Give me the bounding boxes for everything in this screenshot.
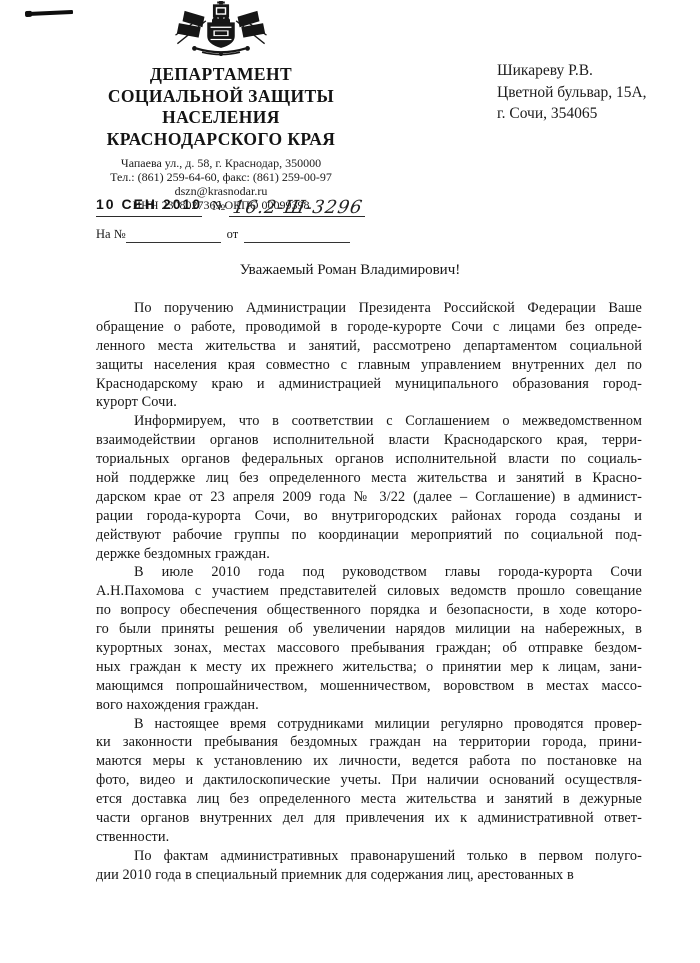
salutation: Уважаемый Роман Владимирович! <box>96 261 642 280</box>
body-line: ториальных органов федеральных органов и… <box>96 451 642 470</box>
body-line: ственности. <box>96 829 642 848</box>
reply-to-label: На № <box>96 227 126 243</box>
organization-name-line: ДЕПАРТАМЕНТ <box>98 64 344 86</box>
recipient-address: Шикареву Р.В.Цветной бульвар, 15А,г. Соч… <box>497 60 647 125</box>
number-sign: № <box>212 199 225 215</box>
body-line: В июле 2010 года под руководством главы … <box>96 564 642 583</box>
body-line: ных граждан к месту их прежнего жительст… <box>96 659 642 678</box>
body-line: вого нахождения граждан. <box>96 697 642 716</box>
reply-number-blank <box>126 228 221 243</box>
letterhead: ДЕПАРТАМЕНТСОЦИАЛЬНОЙ ЗАЩИТЫНАСЕЛЕНИЯКРА… <box>98 1 344 212</box>
incoming-reference-row: На № от <box>96 221 386 243</box>
body-line: По поручению Администрации Президента Ро… <box>96 300 642 319</box>
body-line: части органов внутренних дел для привлеч… <box>96 810 642 829</box>
organization-name: ДЕПАРТАМЕНТСОЦИАЛЬНОЙ ЗАЩИТЫНАСЕЛЕНИЯКРА… <box>98 64 344 150</box>
body-line: ленного места жительства и занятий, расс… <box>96 338 642 357</box>
outgoing-reference-row: 10 СЕН 2010 № 16.2-Ш-3296 <box>96 190 386 217</box>
scanned-letter-page: ДЕПАРТАМЕНТСОЦИАЛЬНОЙ ЗАЩИТЫНАСЕЛЕНИЯКРА… <box>0 0 700 963</box>
body-line: ется доставка лиц без определенного мест… <box>96 791 642 810</box>
body-line: по вопросу обеспечения общественного пор… <box>96 602 642 621</box>
body-line: Информируем, что в соответствии с Соглаш… <box>96 413 642 432</box>
organization-contact-line: Тел.: (861) 259-64-60, факс: (861) 259-0… <box>98 170 344 184</box>
reply-from-label: от <box>227 227 239 243</box>
organization-name-line: СОЦИАЛЬНОЙ ЗАЩИТЫ <box>98 86 344 108</box>
body-line: фото, видео и дактилоскопические учеты. … <box>96 772 642 791</box>
body-line: дии 2010 года в специальный приемник для… <box>96 867 642 886</box>
body-line: курортных зонах, местах массового пребыв… <box>96 640 642 659</box>
body-line: обращение о работе, проводимой в городе-… <box>96 319 642 338</box>
recipient-address-line: г. Сочи, 354065 <box>497 103 647 125</box>
body-line: ной поддержке лиц без определенного мест… <box>96 470 642 489</box>
reply-date-blank <box>244 228 350 243</box>
body-line: А.Н.Пахомова с участием представителей с… <box>96 583 642 602</box>
outgoing-number-handwritten: 16.2-Ш-3296 <box>231 197 364 218</box>
body-line: В настоящее время сотрудниками милиции р… <box>96 716 642 735</box>
body-line: го были приняты решения об увеличении на… <box>96 621 642 640</box>
body-line: держке бездомных граждан. <box>96 546 642 565</box>
reference-block: 10 СЕН 2010 № 16.2-Ш-3296 На № от <box>96 190 386 243</box>
date-stamp: 10 СЕН 2010 <box>96 196 202 212</box>
body-line: защиты населения края совместно с главны… <box>96 357 642 376</box>
organization-name-line: КРАСНОДАРСКОГО КРАЯ <box>98 129 344 151</box>
recipient-address-line: Цветной бульвар, 15А, <box>497 82 647 104</box>
krasnodar-krai-coat-of-arms-icon <box>173 1 269 56</box>
body-line: Краснодарскому краю и администрацией мун… <box>96 376 642 395</box>
body-line: действуют рабочие группы по координации … <box>96 527 642 546</box>
outgoing-number-field: 16.2-Ш-3296 <box>229 195 365 217</box>
body-line: По фактам административных правонарушени… <box>96 848 642 867</box>
body-line: мающимся попрошайничеством, мошенничеств… <box>96 678 642 697</box>
letter-body: Уважаемый Роман Владимирович! По поручен… <box>96 261 642 886</box>
letter-paragraphs: По поручению Администрации Президента Ро… <box>96 300 642 886</box>
body-line: рации города-курорта Сочи, во внутригоро… <box>96 508 642 527</box>
organization-name-line: НАСЕЛЕНИЯ <box>98 107 344 129</box>
date-stamp-field: 10 СЕН 2010 <box>96 196 202 217</box>
recipient-address-line: Шикареву Р.В. <box>497 60 647 82</box>
body-line: маются меры к установлению их личности, … <box>96 753 642 772</box>
body-line: ки законности пребывания бездомных гражд… <box>96 734 642 753</box>
body-line: дарском крае от 23 апреля 2009 года № 3/… <box>96 489 642 508</box>
body-line: курорт Сочи. <box>96 394 642 413</box>
body-line: взаимодействии органов исполнительной вл… <box>96 432 642 451</box>
scan-artifact-mark <box>27 10 73 16</box>
organization-contact-line: Чапаева ул., д. 58, г. Краснодар, 350000 <box>98 156 344 170</box>
